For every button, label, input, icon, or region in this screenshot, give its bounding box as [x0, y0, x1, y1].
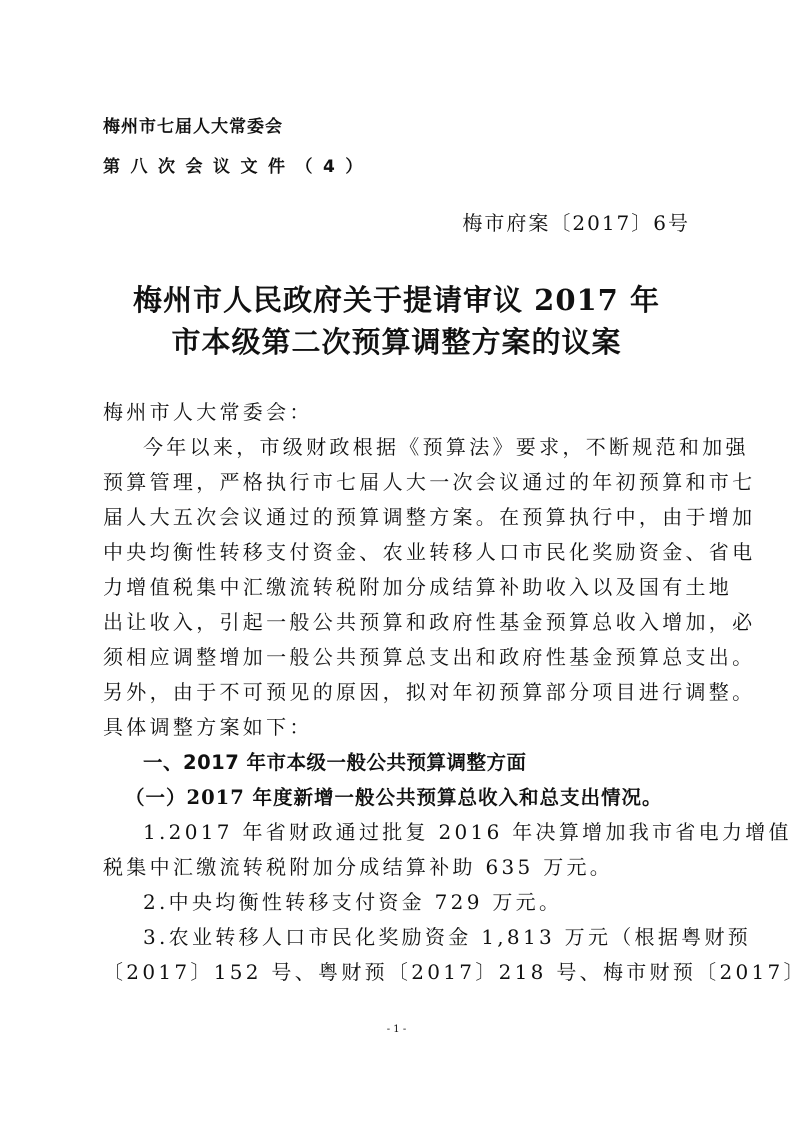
item3-line: 3.农业转移人口市民化奖励资金 1,813 万元（根据粤财预	[103, 920, 723, 955]
item2-line: 2.中央均衡性转移支付资金 729 万元。	[103, 885, 723, 920]
intro-line: 另外，由于不可预见的原因，拟对年初预算部分项目进行调整。	[103, 675, 723, 710]
section-heading: 一、2017 年市本级一般公共预算调整方面	[103, 745, 723, 780]
meeting-doc-header: 第八次会议文件（4）	[103, 152, 373, 177]
page-number: - 1 -	[0, 1024, 793, 1035]
item3-line: 〔2017〕152 号、粤财预〔2017〕218 号、梅市财预〔2017〕88	[103, 955, 723, 990]
item1-line: 税集中汇缴流转税附加分成结算补助 635 万元。	[103, 850, 723, 885]
document-body: 梅州市人大常委会： 今年以来，市级财政根据《预算法》要求，不断规范和加强 预算管…	[103, 395, 723, 990]
intro-line: 预算管理，严格执行市七届人大一次会议通过的年初预算和市七	[103, 465, 723, 500]
document-number: 梅市府案〔2017〕6号	[462, 207, 690, 236]
intro-line: 中央均衡性转移支付资金、农业转移人口市民化奖励资金、省电	[103, 535, 723, 570]
document-title-line1: 梅州市人民政府关于提请审议 2017 年	[0, 278, 793, 319]
intro-line: 具体调整方案如下：	[103, 710, 723, 745]
subsection-heading: （一）2017 年度新增一般公共预算总收入和总支出情况。	[103, 780, 723, 815]
intro-line: 届人大五次会议通过的预算调整方案。在预算执行中，由于增加	[103, 500, 723, 535]
item1-line: 1.2017 年省财政通过批复 2016 年决算增加我市省电力增值	[103, 815, 723, 850]
salutation: 梅州市人大常委会：	[103, 395, 723, 430]
intro-line: 今年以来，市级财政根据《预算法》要求，不断规范和加强	[103, 430, 723, 465]
intro-line: 须相应调整增加一般公共预算总支出和政府性基金预算总支出。	[103, 640, 723, 675]
document-title-line2: 市本级第二次预算调整方案的议案	[0, 320, 793, 361]
document-page: 梅州市七届人大常委会 第八次会议文件（4） 梅市府案〔2017〕6号 梅州市人民…	[0, 0, 793, 1122]
committee-header: 梅州市七届人大常委会	[103, 112, 283, 137]
intro-line: 力增值税集中汇缴流转税附加分成结算补助收入以及国有土地	[103, 570, 723, 605]
intro-line: 出让收入，引起一般公共预算和政府性基金预算总收入增加，必	[103, 605, 723, 640]
